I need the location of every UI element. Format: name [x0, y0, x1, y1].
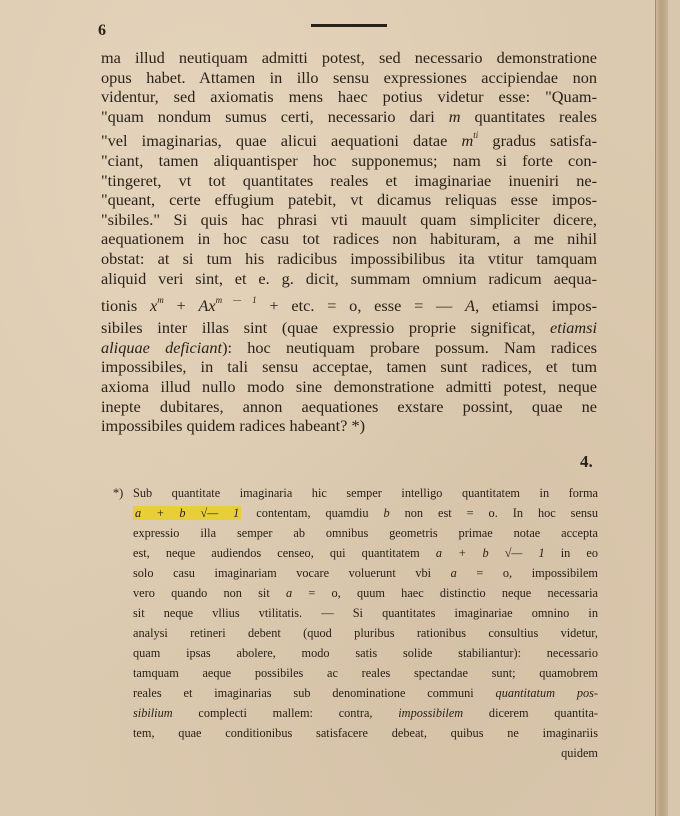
catchword: quidem — [133, 743, 598, 763]
footnote-line: tamquam aeque possibiles ac reales spect… — [133, 663, 598, 683]
book-page: 6 ma illud neutiquam admitti potest, sed… — [0, 0, 668, 816]
footnote-line: vero quando non sit a = o, quum haec dis… — [133, 583, 598, 603]
footnote-line: quam ipsas abolere, modo satis solide st… — [133, 643, 598, 663]
equation-line: tionis xm + Axm — 1 + etc. = o, esse = —… — [101, 288, 597, 318]
text-line: impossibiles quidem radices habeant? *) — [101, 416, 597, 436]
text-line: aliquae deficiant): hoc neutiquam probar… — [101, 338, 597, 358]
footnote-line: est, neque audiendos censeo, qui quantit… — [133, 543, 598, 563]
text-span: sibiles inter illas sint (quae expressio… — [101, 318, 550, 337]
text-line: videntur, sed axiomatis mens haec potius… — [101, 87, 597, 107]
italic-text: quantitatum pos- — [496, 686, 598, 700]
text-span: + etc. = o, esse = — — [257, 296, 466, 315]
text-span: quantitates reales — [461, 107, 597, 126]
exponent: m — 1 — [216, 295, 257, 305]
text-line: aliquid veri sint, et e. g. dicit, summa… — [101, 269, 597, 289]
text-span: ): hoc neutiquam probare possum. Nam rad… — [222, 338, 597, 357]
text-span: "vel imaginarias, quae alicui aequationi… — [101, 131, 462, 150]
footnote-line: reales et imaginarias sub denominatione … — [133, 683, 598, 703]
footnote-line: sibilium complecti mallem: contra, impos… — [133, 703, 598, 723]
page-edge — [655, 0, 668, 816]
text-line: sibiles inter illas sint (quae expressio… — [101, 318, 597, 338]
footnote-line: solo casu imaginariam vocare voluerunt v… — [133, 563, 598, 583]
text-span: + — [164, 296, 199, 315]
footnote-line: sit neque vllius vtilitatis. — Si quanti… — [133, 603, 598, 623]
math-variable: m — [449, 107, 461, 126]
section-number: 4. — [580, 452, 593, 472]
math-variable: m — [462, 131, 474, 150]
footnote-line: analysi retineri debent (quod pluribus r… — [133, 623, 598, 643]
text-span: est, neque audiendos censeo, qui quantit… — [133, 546, 436, 560]
text-line: "sibiles." Si quis hac phrasi vti mauult… — [101, 210, 597, 230]
text-span: in eo — [545, 546, 598, 560]
text-span: vero quando non sit — [133, 586, 286, 600]
text-line: "tingeret, vt tot quantitates reales et … — [101, 171, 597, 191]
text-span: non est = o. In hoc sensu — [390, 506, 598, 520]
text-line: "ciant, tamen aliquantisper hoc supponem… — [101, 151, 597, 171]
text-span: "quam nondum sumus certi, necessario dar… — [101, 107, 449, 126]
math-variable: A — [465, 296, 475, 315]
italic-text: sibilium — [133, 706, 173, 720]
text-line: opus habet. Attamen in illo sensu expres… — [101, 68, 597, 88]
math-expression: a + b √— 1 — [436, 546, 545, 560]
page-number: 6 — [98, 22, 106, 40]
footnote-line: a + b √— 1 contentam, quamdiu b non est … — [133, 503, 598, 523]
text-span: gradus satisfa- — [478, 131, 597, 150]
text-span: = o, quum haec distinctio neque necessar… — [292, 586, 598, 600]
text-line: "queant, certe effugium patebit, vt dica… — [101, 190, 597, 210]
text-span: = o, impossibilem — [457, 566, 598, 580]
text-span: solo casu imaginariam vocare voluerunt v… — [133, 566, 451, 580]
text-line: impossibiles, in tali sensu acceptae, ta… — [101, 357, 597, 377]
text-line: ma illud neutiquam admitti potest, sed n… — [101, 48, 597, 68]
text-line: inepte dubitares, annon aequationes exst… — [101, 397, 597, 417]
italic-text: impossibilem — [398, 706, 463, 720]
italic-text: aliquae deficiant — [101, 338, 222, 357]
text-span: , etiamsi impos- — [475, 296, 597, 315]
highlighted-expression: a + b √— 1 — [133, 506, 241, 520]
text-line: axioma illud nullo modo sine demonstrati… — [101, 377, 597, 397]
text-span: reales et imaginarias sub denominatione … — [133, 686, 496, 700]
italic-text: etiamsi — [550, 318, 597, 337]
footnote-line: Sub quantitate imaginaria hic semper int… — [133, 483, 598, 503]
text-line: "quam nondum sumus certi, necessario dar… — [101, 107, 597, 127]
header-rule — [311, 24, 387, 27]
text-span: tionis — [101, 296, 150, 315]
text-span: complecti mallem: contra, — [173, 706, 399, 720]
text-line: "vel imaginarias, quae alicui aequationi… — [101, 126, 597, 151]
footnote-marker: *) — [113, 483, 123, 503]
footnote-line: tem, quae conditionibus satisfacere debe… — [133, 723, 598, 743]
footnote-line: expressio illa semper ab omnibus geometr… — [133, 523, 598, 543]
text-line: obstat: at si tum his radicibus impossib… — [101, 249, 597, 269]
text-span: contentam, quamdiu — [241, 506, 383, 520]
math-variable: Ax — [198, 296, 215, 315]
main-text-block: ma illud neutiquam admitti potest, sed n… — [101, 48, 597, 436]
footnote-block: *) Sub quantitate imaginaria hic semper … — [133, 483, 598, 763]
text-span: dicerem quantita- — [463, 706, 598, 720]
text-line: aequationem in hoc casu tot radices non … — [101, 229, 597, 249]
